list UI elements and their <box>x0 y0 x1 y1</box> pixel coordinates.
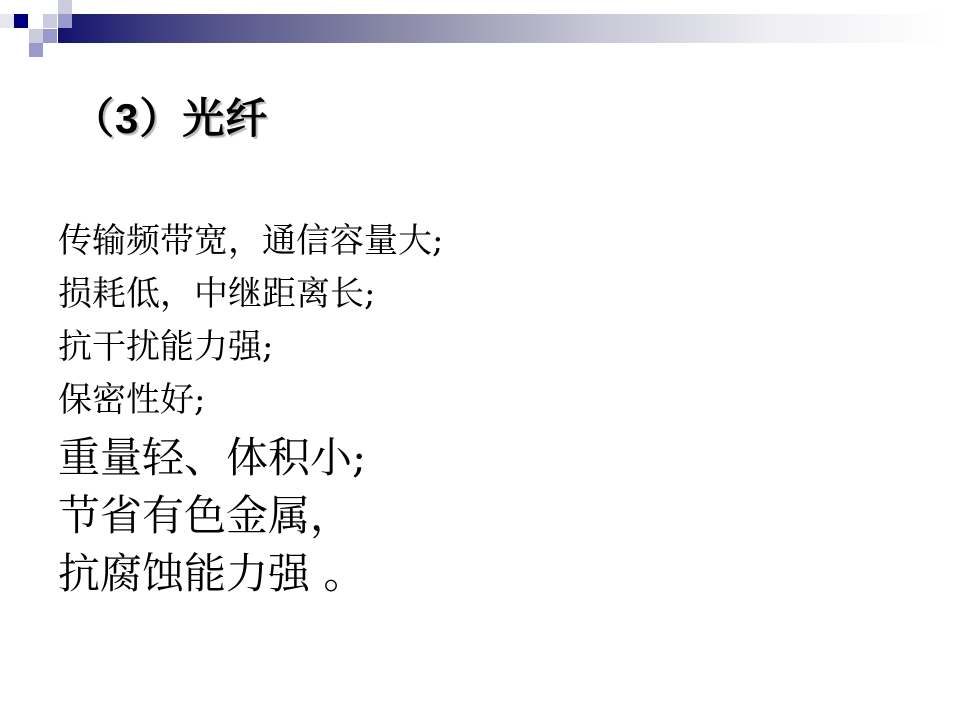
body-line: 节省有色金属， <box>58 483 352 543</box>
body-line: 传输频带宽，通信容量大; <box>58 213 443 262</box>
slide-title: （3）光纤 <box>72 86 268 146</box>
deco-square <box>43 29 57 43</box>
deco-square <box>0 14 14 28</box>
body-line: 损耗低，中继距离长; <box>58 266 375 315</box>
deco-square <box>0 0 14 14</box>
deco-square <box>29 29 43 43</box>
deco-square <box>14 14 28 28</box>
deco-square <box>58 0 72 14</box>
header-gradient-bar <box>58 14 948 43</box>
body-line: 抗腐蚀能力强 。 <box>58 541 365 601</box>
body-line: 抗干扰能力强; <box>58 319 273 368</box>
deco-square <box>29 43 43 57</box>
body-line: 重量轻、体积小; <box>58 425 366 485</box>
deco-square <box>58 14 72 28</box>
deco-square <box>43 14 57 28</box>
body-line: 保密性好; <box>58 372 205 421</box>
